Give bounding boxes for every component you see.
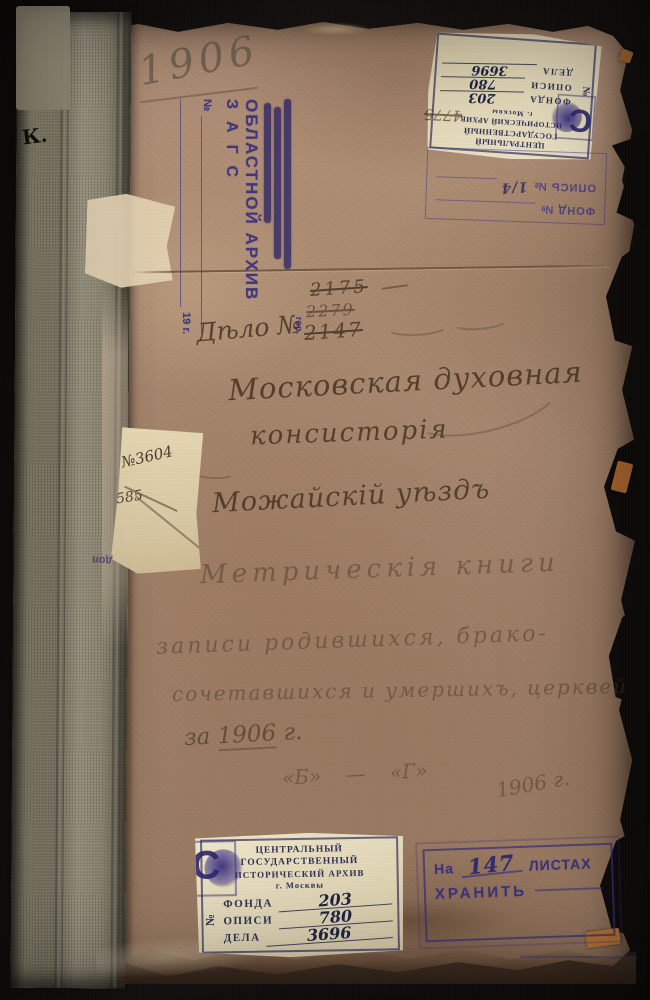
row-label: ОПИСИ <box>529 80 572 93</box>
pencil-stroke <box>135 495 207 554</box>
row-value: 780 <box>441 76 525 89</box>
label-frame: ЦЕНТРАЛЬНЫЙ ГОСУДАРСТВЕННЫЙ ИСТОРИЧЕСКИЙ… <box>429 33 597 160</box>
archive-label-top: ЦЕНТРАЛЬНЫЙ ГОСУДАРСТВЕННЫЙ ИСТОРИЧЕСКИЙ… <box>424 27 602 165</box>
year-prefix: за <box>183 723 218 751</box>
sheets-prefix: На <box>434 860 454 877</box>
fond-label: ФОНД № <box>540 203 595 217</box>
row-value: 3696 <box>442 62 537 75</box>
label-rows: № ФОНДА 203 ОПИСИ 780 ДЕЛА 3696 <box>208 894 393 945</box>
spine-groove <box>55 12 70 988</box>
sheet-count-handwritten: 147 <box>460 854 522 878</box>
stamp-letter: С <box>568 101 594 139</box>
year-underlined: 1906 <box>217 720 277 751</box>
keep-stamp: На 147 ЛИСТАХ ХРАНИТЬ <box>422 843 615 943</box>
zags-archive-stamp: гор. ОБЛАСТНОЙ АРХИВ ЗАГС № 19 г. <box>167 99 304 334</box>
photo-archival-book-cover: К. 1906 гор. ОБЛАСТНОЙ АРХИВ ЗАГС № 19 г… <box>0 0 650 1000</box>
keep-action: ХРАНИТЬ <box>435 882 528 902</box>
row-value: 203 <box>440 90 524 103</box>
row-label: ОПИСИ <box>223 914 273 927</box>
delo-number-crossed: 2147 <box>303 317 363 345</box>
stamp-line <box>201 116 202 334</box>
fond-row: ФОНД № <box>435 199 595 217</box>
label-row-delo: ДЕЛА 3696 <box>224 927 393 944</box>
redacted-bar <box>284 99 291 269</box>
opis-row: ОПИСЬ № 1/4 <box>436 176 596 198</box>
label-row-fond: ФОНДА 203 <box>223 894 392 911</box>
side-label-number: №3604 <box>119 442 174 471</box>
spine-marking: К. <box>21 123 49 150</box>
redacted-bar <box>274 107 281 259</box>
control-round-stamp: С <box>545 95 588 138</box>
stamp-number-line: № <box>201 99 213 334</box>
archive-label-bottom: ЦЕНТРАЛЬНЫЙ ГОСУДАРСТВЕННЫЙ ИСТОРИЧЕСКИЙ… <box>195 831 405 959</box>
stamp-zags-line: ЗАГС <box>222 99 240 334</box>
number-sign: № <box>201 99 213 111</box>
row-label: ДЕЛА <box>224 932 261 945</box>
control-round-stamp: С <box>198 843 249 894</box>
crossed-number: 2175 <box>309 276 368 301</box>
stamp-line <box>436 176 496 179</box>
redacted-bar <box>264 103 271 223</box>
sheets-row: На 147 ЛИСТАХ <box>434 853 603 877</box>
side-label: №3604 585 <box>111 427 204 575</box>
sheets-suffix: ЛИСТАХ <box>529 855 592 873</box>
fond-opis-stamp: ФОНД № ОПИСЬ № 1/4 <box>425 147 607 225</box>
small-purple-stamp: доп <box>92 553 113 566</box>
crossed-number-upside: 4775 <box>424 105 463 125</box>
date-suffix: 19 г. <box>180 312 192 334</box>
tape-remnant <box>84 192 175 289</box>
spine-top-patch <box>16 6 70 110</box>
row-label: ДЕЛА <box>541 66 573 78</box>
year-suffix: г. <box>275 719 303 746</box>
opis-label: ОПИСЬ № <box>533 180 596 194</box>
stamp-line <box>435 199 535 203</box>
opis-handwritten: 1/4 <box>500 178 529 196</box>
edge-debris <box>292 22 378 36</box>
stamp-city: гор. <box>294 99 304 334</box>
stamp-line <box>180 99 181 307</box>
stamp-date-line: 19 г. <box>180 99 192 334</box>
label-frame: ЦЕНТРАЛЬНЫЙ ГОСУДАРСТВЕННЫЙ ИСТОРИЧЕСКИЙ… <box>200 836 400 953</box>
row-label: ФОНДА <box>223 898 273 911</box>
stamp-line <box>535 887 603 891</box>
number-sign: № <box>203 914 218 926</box>
keep-row: ХРАНИТЬ <box>435 880 603 903</box>
stamp-archive-line: ОБЛАСТНОЙ АРХИВ <box>241 99 261 334</box>
